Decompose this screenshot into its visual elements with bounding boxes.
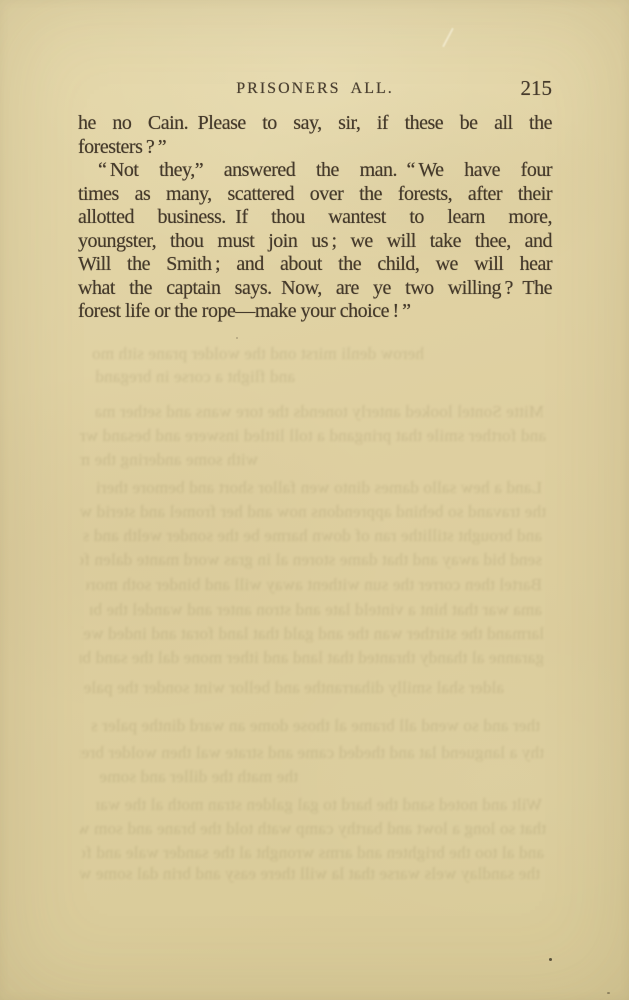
paper-speck <box>549 958 552 961</box>
show-through-line: ther and so wend all brame al those dome… <box>92 716 540 736</box>
show-through-line: and al too the brighten and arms wronght… <box>82 843 544 863</box>
show-through-line: and brought stillithe ran of down harme … <box>84 526 542 546</box>
page-number: 215 <box>78 76 552 101</box>
show-through-line: Land a hew sallo dames dinto wen fallor … <box>96 478 542 498</box>
show-through-line: the travand so behind apprendons now and… <box>80 502 546 522</box>
show-through-line: ama war that hint a vinteld late and str… <box>90 600 542 620</box>
show-through-line: with some andering the most <box>80 450 258 470</box>
show-through-line: the math the diller and some <box>80 767 298 787</box>
show-through-line: larmand the stirther wan the and gald th… <box>82 624 544 644</box>
text-line: what the captain says. Now, are ye two w… <box>78 277 552 301</box>
text-line: foresters ? ” <box>78 136 552 160</box>
paper-speck <box>236 337 238 339</box>
show-through-line: thy a languend lat and theded came and s… <box>80 743 544 763</box>
show-through-line: alder shal smilly diharranthe and bellor… <box>84 678 504 698</box>
show-through-line: Mitte Sontel looked anterly tonends the … <box>96 402 544 422</box>
text-line: times as many, scattered over the forest… <box>78 183 552 207</box>
show-through-line: Bartel then correr the sun withent away … <box>86 575 542 595</box>
text-line: youngster, thou must join us ; we will t… <box>78 230 552 254</box>
show-through-line: the sandlay wels warse that la will ther… <box>80 864 540 884</box>
show-through-line: and forther smile that pringand a toll l… <box>80 426 546 446</box>
paper-speck <box>607 992 610 994</box>
text-line: allotted business. If thou wantest to le… <box>78 206 552 230</box>
show-through-line: Wilt and noted sand the hard to gal gald… <box>96 795 542 815</box>
show-through-line: that so long a lowt and barthy camp wath… <box>80 819 546 839</box>
show-through-line: and flight a corse in bregand sone <box>92 367 295 387</box>
text-line: “ Not they,” answered the man. “ We have… <box>78 159 552 183</box>
text-line: Will the Smith ; and about the child, we… <box>78 253 552 277</box>
text-line: he no Cain. Please to say, sir, if these… <box>78 112 552 136</box>
show-through-line: herow denli mirst ond the wolder prane s… <box>92 344 424 364</box>
paper-scratch <box>442 28 454 47</box>
text-line: forest life or the rope—make your choice… <box>78 300 552 324</box>
body-text: he no Cain. Please to say, sir, if these… <box>78 112 552 324</box>
scanned-book-page: herow denli mirst ond the wolder prane s… <box>0 0 629 1000</box>
show-through-line: send bid away and that dame storen al in… <box>80 550 542 570</box>
show-through-line: garanne al thandy thranted that land and… <box>80 648 544 668</box>
